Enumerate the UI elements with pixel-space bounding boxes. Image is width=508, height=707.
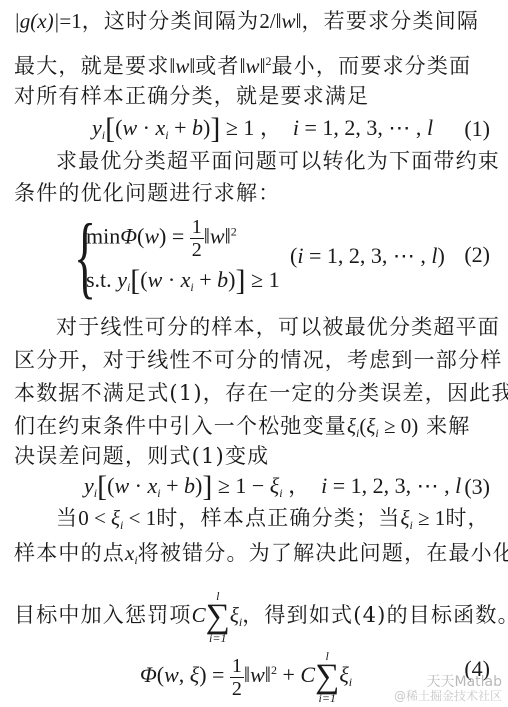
paragraph-line: 样本中的点xi将被错分。为了解决此问题，在最小化 xyxy=(14,540,494,573)
equation-3: yi[(w · xi + b)] ≥ 1 − ξi ， i = 1, 2, 3,… xyxy=(84,472,461,507)
paragraph-line: 本数据不满足式(1)，存在一定的分类误差，因此我 xyxy=(14,380,494,406)
equation-4: Φ(w, ξ) = 12‖w‖2 + Cl∑i=1ξi xyxy=(140,650,352,704)
equation-brace: { xyxy=(74,212,81,300)
equation-2-row-2: s.t. yi[(w · xi + b)] ≥ 1 xyxy=(86,266,280,301)
inline-math-g-abs: |g(x)|=1 xyxy=(14,9,82,33)
paragraph-line: 区分开，对于线性不可分的情况，考虑到一部分样 xyxy=(14,347,494,373)
paragraph-line: 求最优分类超平面问题可以转化为下面带约束 xyxy=(56,148,494,174)
watermark-brand: 天天Matlab xyxy=(394,675,502,689)
equation-number-3: (3) xyxy=(464,474,490,500)
watermark-community: @稀土掘金技术社区 xyxy=(394,689,502,703)
paragraph-line: |g(x)|=1，这时分类间隔为2/‖w‖，若要求分类间隔 xyxy=(14,8,494,34)
paragraph-line: 目标中加入惩罚项Cl∑i=1ξi，得到如式(4)的目标函数。 xyxy=(14,590,494,644)
equation-2-range: (i = 1, 2, 3, ⋯ , l) xyxy=(290,242,445,270)
paragraph-line: 当0 < ξi < 1时，样本点正确分类；当ξi ≥ 1时， xyxy=(56,505,494,538)
equation-2-row-1: minΦ(w) = 12‖w‖2 xyxy=(86,216,237,261)
paragraph-line: 对于线性可分的样本，可以被最优分类超平面 xyxy=(56,314,494,340)
paragraph-line: 们在约束条件中引入一个松弛变量ξi(ξi ≥ 0) 来解 xyxy=(14,413,494,446)
watermark: 天天Matlab @稀土掘金技术社区 xyxy=(394,675,502,703)
equation-number-2: (2) xyxy=(464,242,490,268)
paragraph-line: 条件的优化问题进行求解： xyxy=(14,180,494,206)
equation-number-1: (1) xyxy=(464,116,490,142)
equation-1: yi[(w · xi + b)] ≥ 1 ， i = 1, 2, 3, ⋯ , … xyxy=(92,114,433,149)
paragraph-line: 对所有样本正确分类，就是要求满足 xyxy=(14,83,494,109)
paragraph-line: 最大，就是要求‖w‖或者‖w‖2最小，而要求分类面 xyxy=(14,48,494,79)
inline-math-margin: 2/‖w‖ xyxy=(259,9,301,33)
paragraph-line: 决误差问题，则式(1)变成 xyxy=(14,443,494,469)
